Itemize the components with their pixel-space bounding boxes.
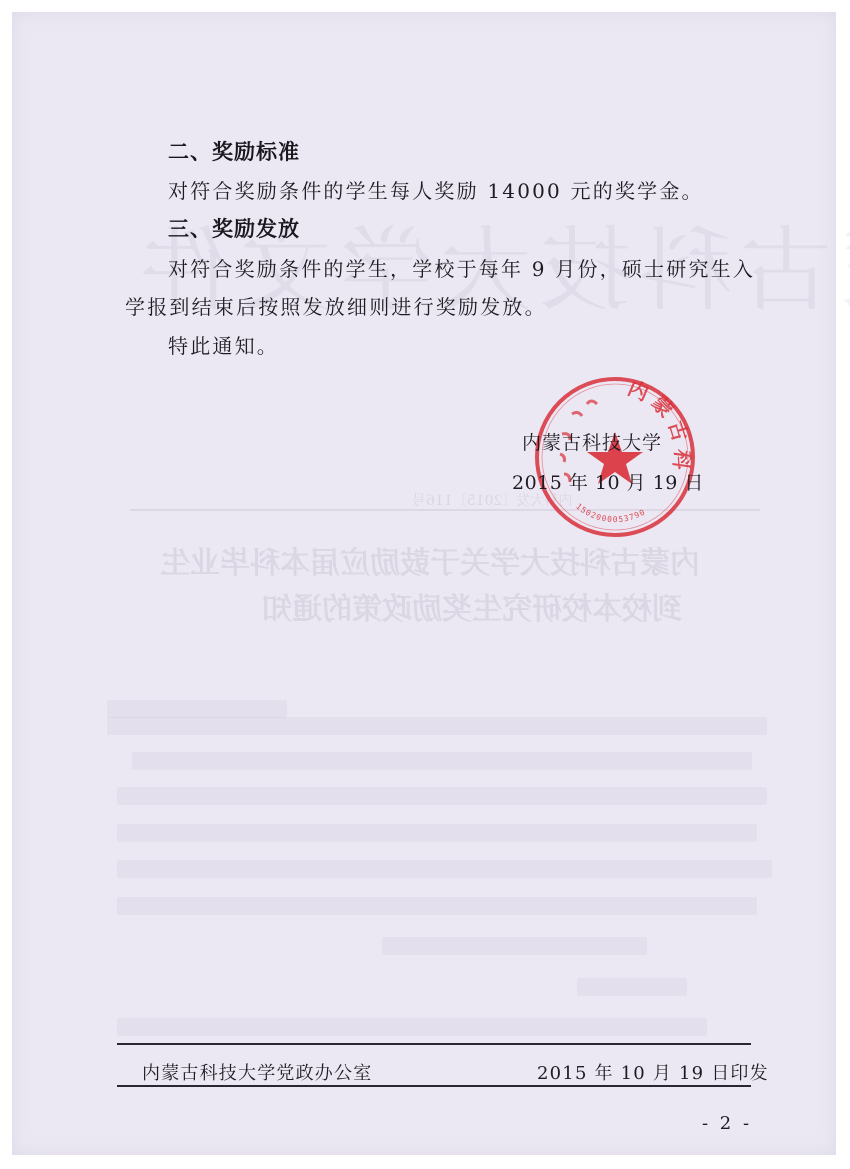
footer-office: 内蒙古科技大学党政办公室: [142, 1059, 372, 1085]
section-heading-standard: 二、奖励标准: [168, 136, 300, 166]
paragraph-distribution-line-1: 对符合奖励条件的学生，学校于每年 9 月份，硕士研究生入: [168, 253, 755, 282]
paragraph-standard: 对符合奖励条件的学生每人奖励 14000 元的奖学金。: [168, 175, 704, 204]
bleed-through-line: [117, 787, 767, 805]
signature-issuer: 内蒙古科技大学: [522, 428, 662, 455]
bleed-through-headline-1: 内蒙古科技大学关于鼓励应届本科毕业生: [160, 538, 700, 582]
official-seal-icon: 内蒙古科技大学 1502000053790: [532, 374, 698, 540]
closing-remark: 特此通知。: [168, 330, 279, 359]
bleed-through-line: [577, 978, 687, 996]
svg-text:1502000053790: 1502000053790: [574, 502, 647, 524]
bleed-through-line: [107, 700, 287, 718]
footer-top-rule: [117, 1043, 751, 1045]
bleed-through-line: [117, 897, 757, 915]
bleed-through-line: [117, 1018, 707, 1036]
page-number: - 2 -: [702, 1113, 752, 1134]
bleed-through-line: [132, 752, 752, 770]
footer-print-date: 2015 年 10 月 19 日印发: [537, 1059, 769, 1085]
bleed-through-line: [117, 824, 757, 842]
section-heading-distribution: 三、奖励发放: [168, 213, 300, 243]
footer-bottom-rule: [117, 1085, 751, 1087]
bleed-through-line: [382, 937, 647, 955]
bleed-through-line: [107, 717, 767, 735]
bleed-through-headline-2: 到校本校研究生奖励政策的通知: [262, 584, 682, 628]
signature-date: 2015 年 10 月 19 日: [512, 468, 704, 495]
bleed-through-line: [117, 860, 772, 878]
paragraph-distribution-line-2: 学报到结束后按照发放细则进行奖励发放。: [125, 291, 547, 320]
